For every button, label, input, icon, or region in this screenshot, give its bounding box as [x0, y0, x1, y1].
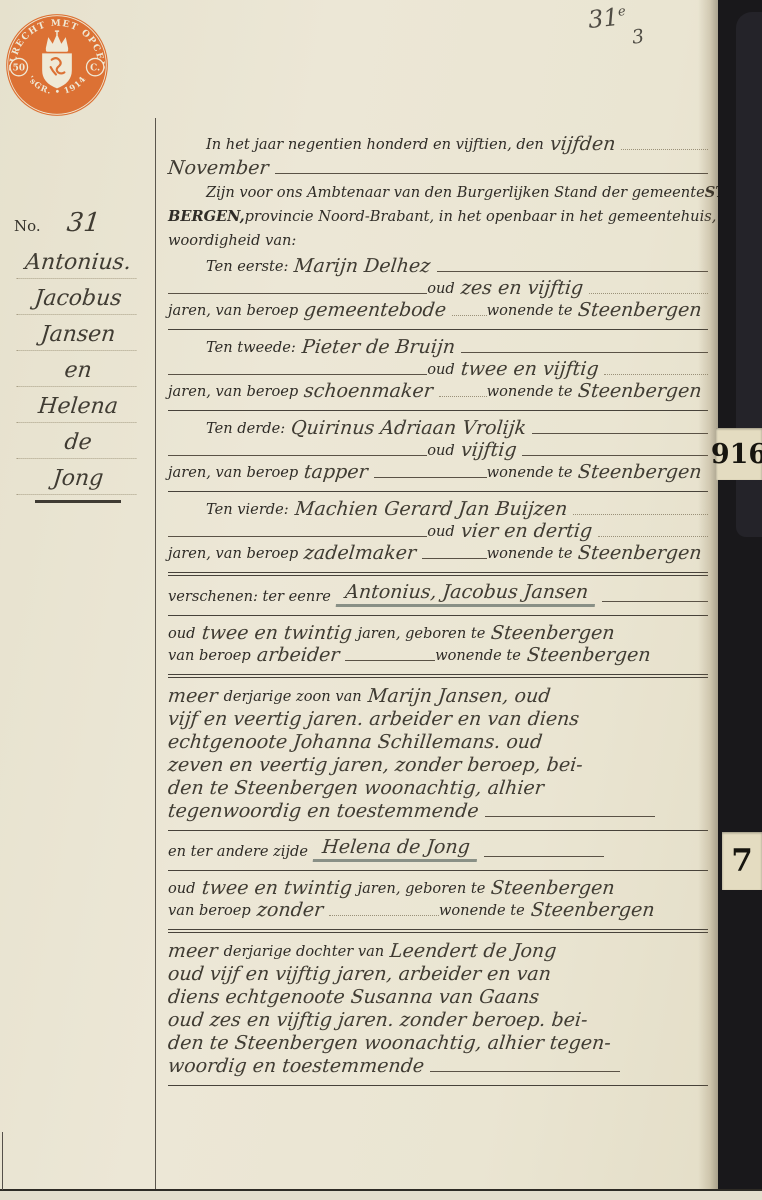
- ruled-line: [573, 514, 708, 515]
- ruled-line: [275, 173, 708, 174]
- ruled-line: [484, 856, 604, 857]
- margin-party-name: Jong: [16, 464, 139, 495]
- oud-label: oud: [427, 359, 455, 380]
- verschenen-label: verschenen: ter eenre: [168, 586, 331, 607]
- ruled-line: [168, 293, 427, 294]
- bride-residence: Steenbergen: [530, 900, 656, 921]
- page-fold-shadow: [698, 0, 718, 1200]
- handwritten-prefix: meer: [167, 941, 219, 962]
- jaren-van-beroep-label: jaren, van beroep: [168, 462, 298, 483]
- ruled-line: [329, 915, 439, 916]
- groom-mother: echtgenoote Johanna Schillemans. oud: [167, 732, 543, 753]
- witness-block: Ten eerste: Marijn Delhez oud zes en vij…: [168, 255, 708, 330]
- witness-occupation: gemeentebode: [303, 300, 447, 321]
- jaren-geboren-te-label: jaren, geboren te: [358, 878, 486, 899]
- oud-label: oud: [168, 623, 196, 644]
- witness-residence: Steenbergen: [577, 543, 703, 564]
- oud-label: oud: [427, 278, 455, 299]
- dochter-van-label: derjarige dochter van: [224, 941, 385, 962]
- jaren-van-beroep-label: jaren, van beroep: [168, 300, 298, 321]
- intro-printed-line3: Zijn voor ons Ambtenaar van den Burgerli…: [168, 182, 705, 203]
- groom-age: twee en twintig: [200, 623, 352, 644]
- groom-father: Marijn Jansen, oud: [367, 686, 552, 707]
- act-month-entry: November: [167, 158, 270, 179]
- margin-underline: [35, 500, 121, 503]
- oud-label: oud: [427, 440, 455, 461]
- ruled-line: [598, 536, 708, 537]
- wonende-te-label: wonende te: [439, 900, 525, 921]
- wonende-te-label: wonende te: [435, 645, 521, 666]
- groom-name: Antonius, Jacobus Jansen: [336, 582, 598, 607]
- intro-printed-line1: In het jaar negentien honderd en vijftie…: [168, 134, 544, 155]
- wonende-te-label: wonende te: [487, 381, 573, 402]
- witness-residence: Steenbergen: [577, 381, 703, 402]
- wonende-te-label: wonende te: [487, 300, 573, 321]
- ruled-line: [345, 660, 435, 661]
- section-divider: [168, 572, 708, 576]
- witness-name: Marijn Delhez: [293, 256, 431, 277]
- section-divider: [168, 929, 708, 933]
- bride-age: twee en twintig: [200, 878, 352, 899]
- van-beroep-label: van beroep: [168, 900, 251, 921]
- page-corner-mark: [2, 1132, 3, 1190]
- act-intro: In het jaar negentien honderd en vijftie…: [168, 131, 708, 251]
- ruled-line: [439, 396, 487, 397]
- groom-occupation: arbeider: [256, 645, 341, 666]
- section-divider: [168, 329, 708, 330]
- oud-label: oud: [427, 521, 455, 542]
- act-day-entry: vijfden: [549, 134, 617, 155]
- stamp-denomination-c: C.: [90, 63, 100, 73]
- witness-age: vijftig: [460, 440, 518, 461]
- ruled-line: [485, 816, 655, 817]
- margin-party-name: Helena: [16, 392, 139, 423]
- groom-residence: Steenbergen: [526, 645, 652, 666]
- bride-name: Helena de Jong: [313, 837, 479, 862]
- ruled-line: [602, 601, 708, 602]
- zoon-van-label: derjarige zoon van: [224, 686, 362, 707]
- witness-label: Ten eerste:: [168, 256, 288, 277]
- oud-label: oud: [168, 878, 196, 899]
- parents-line: den te Steenbergen woonachtig, alhier: [167, 778, 545, 799]
- ruled-line: [461, 352, 708, 353]
- witness-residence: Steenbergen: [577, 462, 703, 483]
- bride-mother: diens echtgenoote Susanna van Gaans: [167, 987, 540, 1008]
- ruled-line: [422, 558, 486, 559]
- margin-no-label: No.: [14, 217, 41, 235]
- intro-municipality-bold: BERGEN,: [168, 206, 245, 227]
- margin-party-name: en: [16, 356, 139, 387]
- parents-line: zeven en veertig jaren, zonder beroep, b…: [167, 755, 584, 776]
- parents-line: vijf en veertig jaren. arbeider en van d…: [167, 709, 580, 730]
- van-beroep-label: van beroep: [168, 645, 251, 666]
- groom-parents-paragraph: meer derjarige zoon van Marijn Jansen, o…: [168, 684, 708, 822]
- bride-parents-paragraph: meer derjarige dochter van Leendert de J…: [168, 939, 708, 1077]
- parents-line: den te Steenbergen woonachtig, alhier te…: [167, 1033, 612, 1054]
- ruled-line: [589, 293, 708, 294]
- bride-birthplace: Steenbergen: [490, 878, 616, 899]
- ruled-line: [168, 374, 427, 375]
- pencil-act-number-suffix: e: [617, 4, 626, 20]
- ruled-line: [452, 315, 486, 316]
- witness-label: Ten tweede:: [168, 337, 296, 358]
- margin-party-name: Jansen: [16, 320, 139, 351]
- margin-divider-rule: [155, 118, 156, 1190]
- ruled-line: [430, 1071, 620, 1072]
- ruled-line: [604, 374, 708, 375]
- parents-line: woordig en toestemmende: [167, 1056, 425, 1077]
- witness-age: twee en vijftig: [460, 359, 600, 380]
- stamp-denomination-50: 50: [13, 63, 25, 73]
- witness-age: zes en vijftig: [460, 278, 584, 299]
- jaren-van-beroep-label: jaren, van beroep: [168, 543, 298, 564]
- parents-line: oud zes en vijftig jaren. zonder beroep.…: [167, 1010, 589, 1031]
- section-divider: [168, 1085, 708, 1086]
- witness-name: Quirinus Adriaan Vrolijk: [290, 418, 527, 439]
- section-divider: [168, 491, 708, 492]
- margin-act-number: 31: [65, 208, 101, 238]
- handwritten-prefix: meer: [167, 686, 219, 707]
- margin-column: No. 31 Antonius. Jacobus Jansen en Helen…: [8, 208, 148, 503]
- witness-block: Ten vierde: Machien Gerard Jan Buijzen o…: [168, 498, 708, 576]
- margin-party-name: de: [16, 428, 139, 459]
- witness-name: Pieter de Bruijn: [301, 337, 456, 358]
- witness-block: Ten tweede: Pieter de Bruijn oud twee en…: [168, 336, 708, 411]
- intro-printed-line5: woordigheid van:: [168, 230, 296, 251]
- side-tab-916: 916: [716, 428, 762, 480]
- bride-father: Leendert de Jong: [389, 941, 558, 962]
- section-divider: [168, 674, 708, 678]
- ruled-line: [532, 433, 708, 434]
- side-tab-7: 7: [722, 832, 762, 890]
- witness-name: Machien Gerard Jan Buijzen: [294, 499, 568, 520]
- act-body: In het jaar negentien honderd en vijftie…: [168, 131, 708, 1092]
- pencil-note: 3: [631, 25, 646, 48]
- witness-block: Ten derde: Quirinus Adriaan Vrolijk oud …: [168, 417, 708, 492]
- wonende-te-label: wonende te: [487, 543, 573, 564]
- ruled-line: [522, 455, 708, 456]
- margin-party-name: Antonius.: [16, 248, 139, 279]
- parents-line: oud vijf en vijftig jaren, arbeider en v…: [167, 964, 552, 985]
- witness-label: Ten vierde:: [168, 499, 289, 520]
- witness-occupation: schoenmaker: [303, 381, 434, 402]
- witness-occupation: tapper: [303, 462, 369, 483]
- parents-line: tegenwoordig en toestemmende: [167, 801, 480, 822]
- page-bottom-edge: [0, 1189, 762, 1200]
- jaren-van-beroep-label: jaren, van beroep: [168, 381, 298, 402]
- section-divider: [168, 870, 708, 871]
- ruled-line: [168, 455, 427, 456]
- witness-age: vier en dertig: [460, 521, 593, 542]
- groom-birthplace: Steenbergen: [490, 623, 616, 644]
- andere-zijde-label: en ter andere zijde: [168, 841, 308, 862]
- witness-residence: Steenbergen: [577, 300, 703, 321]
- pencil-act-number-value: 31: [587, 3, 620, 34]
- bride-occupation: zonder: [256, 900, 324, 921]
- ruled-line: [374, 477, 487, 478]
- margin-party-name: Jacobus: [16, 284, 139, 315]
- bride-section: en ter andere zijde Helena de Jong oud t…: [168, 837, 708, 1086]
- ruled-line: [437, 271, 708, 272]
- section-divider: [168, 410, 708, 411]
- intro-printed-line4: provincie Noord-Brabant, in het openbaar…: [245, 206, 762, 227]
- jaren-geboren-te-label: jaren, geboren te: [358, 623, 486, 644]
- wonende-te-label: wonende te: [487, 462, 573, 483]
- groom-section: verschenen: ter eenre Antonius, Jacobus …: [168, 582, 708, 831]
- witness-occupation: zadelmaker: [303, 543, 417, 564]
- witness-label: Ten derde:: [168, 418, 285, 439]
- ruled-line: [168, 536, 427, 537]
- ruled-line: [621, 149, 708, 150]
- pencil-act-number: 31e: [587, 2, 628, 34]
- section-divider: [168, 615, 708, 616]
- section-divider: [168, 830, 708, 831]
- revenue-stamp: ZEGELRECHT MET OPCENTEN 'sGR. • 1914 50 …: [4, 12, 110, 118]
